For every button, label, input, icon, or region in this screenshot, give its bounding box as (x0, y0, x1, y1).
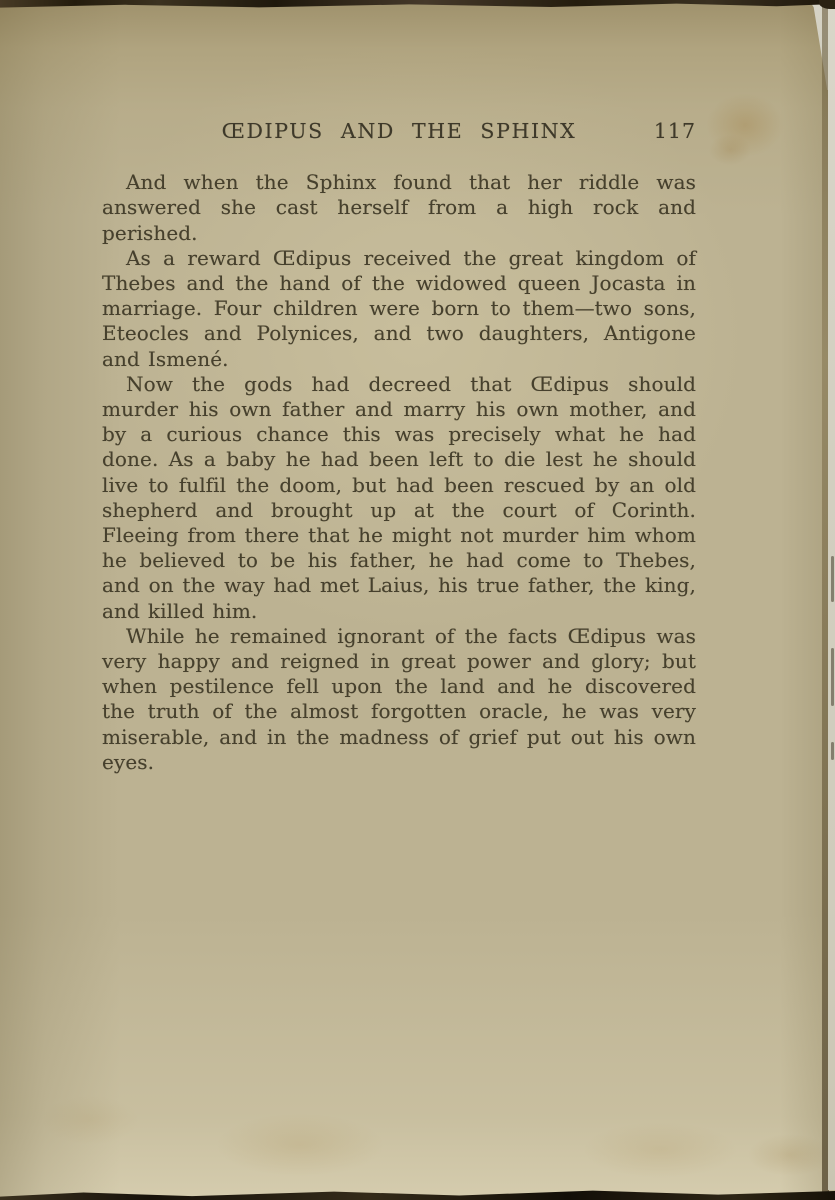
paragraph: As a reward Œdipus received the great ki… (102, 246, 696, 372)
page-edge-mark (831, 556, 834, 602)
scan-bottom-edge (0, 1188, 835, 1200)
page-number: 117 (654, 119, 696, 144)
paragraph: Now the gods had decreed that Œdipus sho… (102, 372, 696, 624)
scan-top-edge (0, 0, 835, 8)
page-edge-mark (831, 742, 834, 760)
paragraph: And when the Sphinx found that her riddl… (102, 170, 696, 246)
page-content: ŒDIPUS AND THE SPHINX 117 And when the S… (102, 119, 696, 775)
page-edge-mark (831, 648, 834, 706)
book-page: ŒDIPUS AND THE SPHINX 117 And when the S… (0, 0, 835, 1200)
page-header: ŒDIPUS AND THE SPHINX 117 (102, 119, 696, 144)
paragraph: While he remained ignorant of the facts … (102, 624, 696, 775)
running-title: ŒDIPUS AND THE SPHINX (222, 119, 577, 143)
